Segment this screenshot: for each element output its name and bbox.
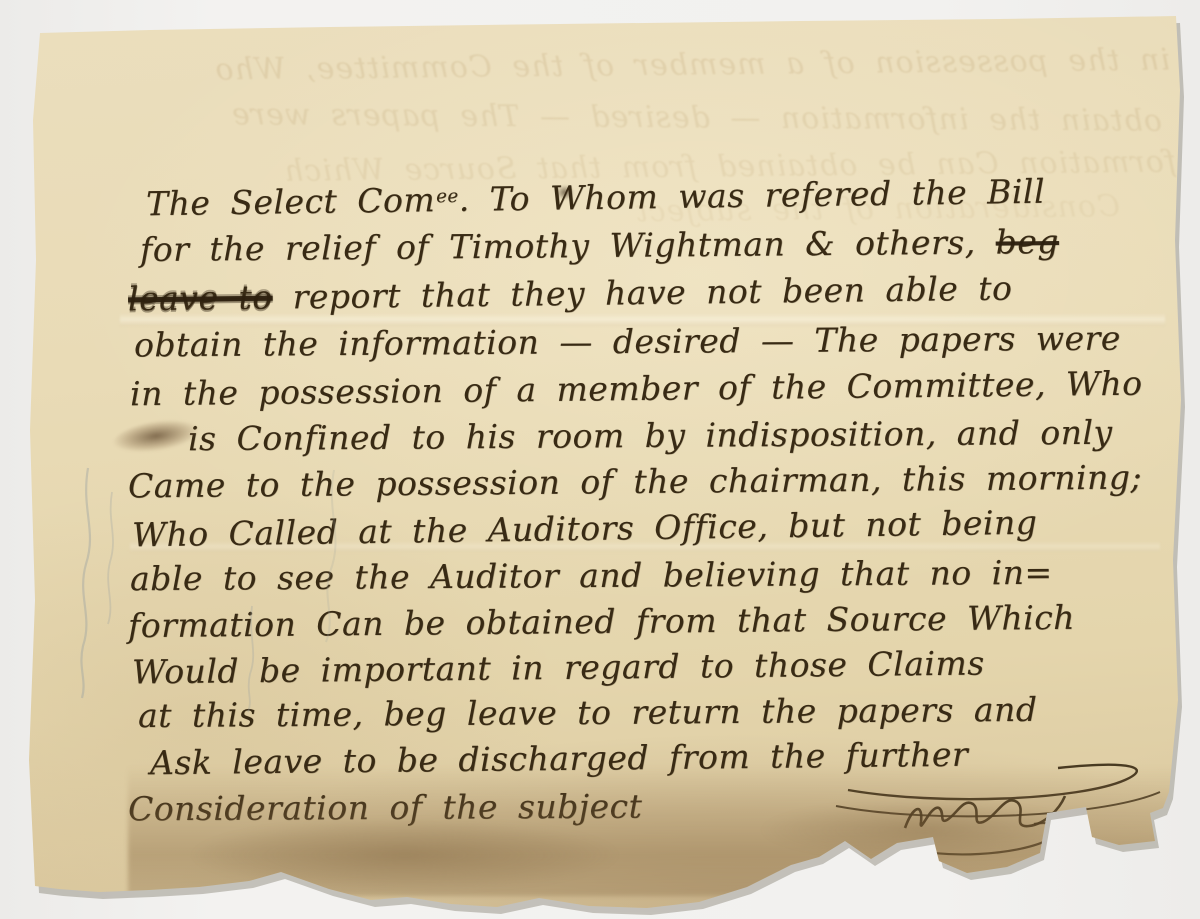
superscript-abbreviation: ee <box>436 186 459 207</box>
line-text: obtain the information — desired — The p… <box>134 319 1121 365</box>
line-text: able to see the Auditor and believing th… <box>130 553 1053 598</box>
manuscript-line-6: is Confined to his room by indisposition… <box>188 413 1113 458</box>
ink-smudge <box>556 185 574 200</box>
bleedthrough-line: obtain the information — desired — The p… <box>112 96 1162 138</box>
line-text: Would be important in regard to those Cl… <box>132 644 985 692</box>
paper-sheet: in the possession of a member of the Com… <box>0 0 1200 919</box>
struck-words: leave to <box>128 278 273 319</box>
line-text: . To Whom was refered the Bill <box>458 172 1045 219</box>
bleedthrough-line: in the possession of a member of the Com… <box>120 43 1170 89</box>
line-text: formation Can be obtained from that Sour… <box>128 598 1075 645</box>
line-text: is Confined to his room by indisposition… <box>188 413 1113 458</box>
manuscript-photo: in the possession of a member of the Com… <box>0 0 1200 919</box>
line-text: report that they have not been able to <box>272 269 1012 317</box>
manuscript-line-3: leave to report that they have not been … <box>128 269 1013 319</box>
line-text: The Select Com <box>146 180 436 223</box>
line-text: in the possession of a member of the Com… <box>130 364 1143 414</box>
manuscript-line-9: able to see the Auditor and believing th… <box>130 553 1053 598</box>
manuscript-line-2: for the relief of Timothy Wightman & oth… <box>140 222 1059 269</box>
manuscript-line-4: obtain the information — desired — The p… <box>134 319 1121 365</box>
manuscript-line-12: at this time, beg leave to return the pa… <box>138 690 1038 735</box>
manuscript-line-11: Would be important in regard to those Cl… <box>132 644 985 692</box>
line-text: Came to the possession of the chairman, … <box>128 458 1142 506</box>
manuscript-line-7: Came to the possession of the chairman, … <box>128 458 1142 506</box>
manuscript-line-5: in the possession of a member of the Com… <box>130 364 1143 414</box>
manuscript-line-10: formation Can be obtained from that Sour… <box>128 598 1075 645</box>
line-text: for the relief of Timothy Wightman & oth… <box>140 223 996 269</box>
struck-word: beg <box>996 222 1060 262</box>
line-text: at this time, beg leave to return the pa… <box>138 690 1038 735</box>
